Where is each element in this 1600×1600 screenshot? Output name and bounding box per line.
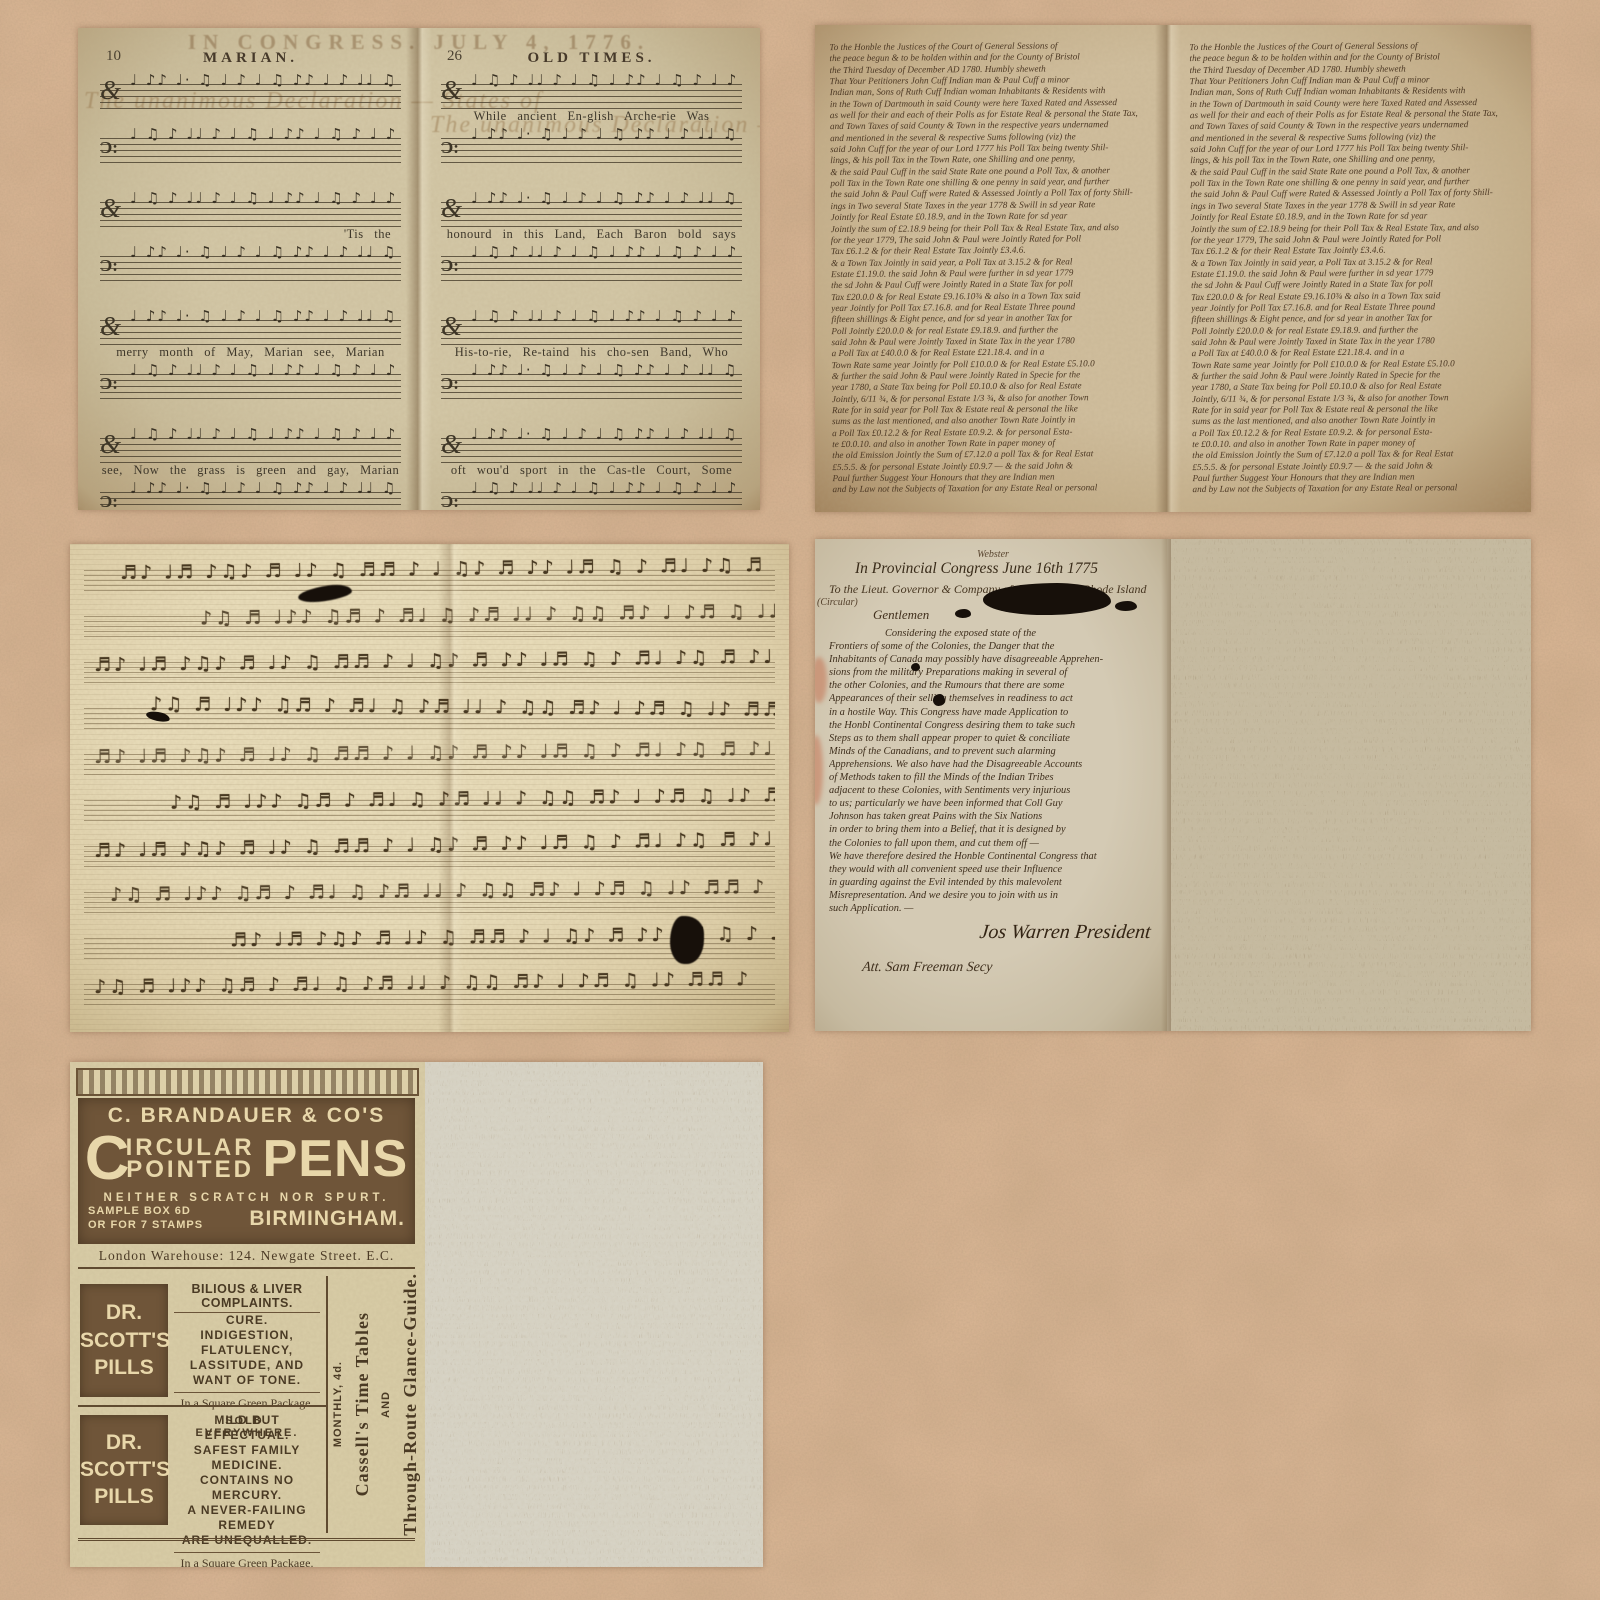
letter-line: the other Colonies, and the Rumours that… [829,679,1157,692]
music-notes-decoration: ♩ ♪♪ ♩· ♫ ♩ ♪ ♩ ♫ ♪♪ ♩ ♪ ♩♩ ♫ ♩ ♪ ♫ ♩ [471,125,740,143]
music-notes-decoration: ♩ ♫ ♪ ♩♩ ♪ ♩ ♫ ♩ ♪♪ ♩ ♫ ♪ ♩ ♪ ♩♩ ♫ ♪ [471,479,740,497]
bass-clef-icon: Ɔ: [100,139,118,156]
pills-box-line: PILLS [80,1483,168,1510]
dense-handwriting-page [425,1062,763,1567]
petition-line: Jointly the sum of £2.18.9 being for the… [1191,221,1507,235]
music-notes-decoration: ♩ ♫ ♪ ♩♩ ♪ ♩ ♫ ♩ ♪♪ ♩ ♫ ♪ ♩ ♪ ♩♩ ♫ ♪ [471,307,740,325]
cure-line: LASSITUDE, AND [174,1358,320,1373]
music-system: &♩ ♪♪ ♩· ♫ ♩ ♪ ♩ ♫ ♪♪ ♩ ♪ ♩♩ ♫ ♩ ♪ ♫ ♩ h… [437,202,746,306]
music-notes-decoration: ♩ ♪♪ ♩· ♫ ♩ ♪ ♩ ♫ ♪♪ ♩ ♪ ♩♩ ♫ ♩ ♪ ♫ ♩ [471,425,740,443]
letter-body: Considering the exposed state of theFron… [829,625,1157,915]
pills-box-line: DR. [80,1299,168,1326]
music-manuscript: ♬♪ ♩♬ ♪♫♪ ♬ ♩♪ ♫ ♬♬ ♪ ♩ ♫♪ ♬ ♪♪ ♩♬ ♫ ♪ ♬… [70,544,789,1032]
music-notes-decoration: ♩ ♫ ♪ ♩♩ ♪ ♩ ♫ ♩ ♪♪ ♩ ♫ ♪ ♩ ♪ ♩♩ ♫ ♪ [471,71,740,89]
sample-box-line: SAMPLE BOX 6D [88,1205,191,1217]
letter-line: Misrepresentation. And we desire you to … [829,889,1157,902]
music-notes-decoration: ♩ ♫ ♪ ♩♩ ♪ ♩ ♫ ♩ ♪♪ ♩ ♫ ♪ ♩ ♪ ♩♩ ♫ ♪ [130,189,399,207]
vertical-sidebar: MONTHLY, 4d. Cassell's Time Tables AND T… [328,1276,425,1533]
advert-page: C. BRANDAUER & CO'S C IRCULAR POINTED PE… [70,1062,763,1567]
secretary-signature: Att. Sam Freeman Secy [827,944,1158,976]
music-system: &♩ ♫ ♪ ♩♩ ♪ ♩ ♫ ♩ ♪♪ ♩ ♫ ♪ ♩ ♪ ♩♩ ♫ ♪ Wh… [437,84,746,188]
pills-box-line: SCOTT'S [80,1456,168,1483]
ink-blot [911,663,920,671]
letter-line: Considering the exposed state of the [829,627,1157,640]
lyric-line: His-to-rie, Re-taind his cho-sen Band, W… [437,345,746,360]
music-system: &♩ ♪♪ ♩· ♫ ♩ ♪ ♩ ♫ ♪♪ ♩ ♪ ♩♩ ♫ ♩ ♪ ♫ ♩ Ɔ… [96,84,405,188]
music-notes-decoration: ♩ ♫ ♪ ♩♩ ♪ ♩ ♫ ♩ ♪♪ ♩ ♫ ♪ ♩ ♪ ♩♩ ♫ ♪ [130,361,399,379]
petition-line: and by Law not the Subjects of Taxation … [832,482,1148,496]
treble-clef-icon: & [441,195,462,222]
letter-line: Frontiers of some of the Colonies, the D… [829,640,1157,653]
cure-line: CURE. [174,1313,320,1328]
sheet-music-spread: IN CONGRESS. JULY 4, 1776. The unanimous… [78,28,760,510]
handwriting-texture [425,1062,763,1567]
letter-heading: In Provincial Congress June 16th 1775 [829,560,1157,578]
product-word-pointed: POINTED [126,1159,255,1182]
lyric-line: see, Now the grass is green and gay, Mar… [96,463,405,478]
letter-annotation: Webster [829,549,1157,560]
big-c-letter: C [85,1130,130,1189]
music-notes-decoration: ♩ ♫ ♪ ♩♩ ♪ ♩ ♫ ♩ ♪♪ ♩ ♫ ♪ ♩ ♪ ♩♩ ♫ ♪ [130,425,399,443]
petition-line: and Town Taxes of said County & Town in … [830,119,1146,133]
ink-blot [670,916,704,964]
letter-line: they would with all convenient speed use… [829,863,1157,876]
ink-blot [983,583,1111,615]
pills-advert-row: DR.SCOTT'SPILLS MILD BUT EFFECTUAL.SAFES… [78,1405,326,1534]
letter-line: Appearances of their selling themselves … [829,692,1157,705]
lyric-line: oft wou'd sport in the Cas-tle Court, So… [437,463,746,478]
petition-document: To the Honble the Justices of the Court … [815,25,1531,512]
pens-advert-box: C. BRANDAUER & CO'S C IRCULAR POINTED PE… [78,1098,415,1244]
dense-handwriting-page [1171,539,1531,1031]
music-notes-decoration: ♩ ♪♪ ♩· ♫ ♩ ♪ ♩ ♫ ♪♪ ♩ ♪ ♩♩ ♫ ♩ ♪ ♫ ♩ [471,361,740,379]
city-name: BIRMINGHAM. [249,1207,405,1231]
sheet-music-page-left: 10 MARIAN. &♩ ♪♪ ♩· ♫ ♩ ♪ ♩ ♫ ♪♪ ♩ ♪ ♩♩ … [78,28,419,510]
warehouse-address: London Warehouse: 124. Newgate Street. E… [78,1248,415,1269]
letter-line: in guarding against the Evil intended by… [829,876,1157,889]
music-notes-decoration: ♩ ♪♪ ♩· ♫ ♩ ♪ ♩ ♫ ♪♪ ♩ ♪ ♩♩ ♫ ♩ ♪ ♫ ♩ [130,479,399,497]
double-rule [78,1538,415,1541]
lyric-line: honourd in this Land, Each Baron bold sa… [437,227,746,242]
mild-line: A NEVER-FAILING REMEDY [174,1503,320,1533]
petition-column-right: To the Honble the Justices of the Court … [1173,40,1514,507]
decorative-border-band [76,1068,419,1096]
letter-line: in a hostile Way. This Congress have mad… [829,706,1157,719]
petition-line: and Town Taxes of said County & Town in … [1190,119,1506,133]
ink-blot [933,694,945,706]
treble-clef-icon: & [441,77,462,104]
mild-line: CONTAINS NO MERCURY. [174,1473,320,1503]
lyric-line: While ancient En-glish Arche-rie Was [437,109,746,124]
treble-clef-icon: & [100,431,121,458]
cassells-title: Cassell's Time Tables [352,1312,373,1496]
treble-clef-icon: & [100,313,121,340]
dr-scotts-pills-box: DR.SCOTT'SPILLS [80,1415,168,1526]
letter-line: to us; particularly we have been informe… [829,797,1157,810]
red-ink-smudge [815,735,823,805]
letter-line: We have therefore desired the Honble Con… [829,850,1157,863]
letter-line: Minds of the Canadians, and to prevent s… [829,745,1157,758]
bass-clef-icon: Ɔ: [441,257,459,274]
product-word-pens: PENS [263,1135,409,1184]
letter-line: such Application. — [829,902,1157,915]
faint-script-band [70,1543,87,1567]
mild-line: MILD BUT EFFECTUAL. [174,1413,320,1443]
vintage-paper-collage: IN CONGRESS. JULY 4, 1776. The unanimous… [0,0,1600,1600]
monthly-price: MONTHLY, 4d. [332,1361,344,1447]
bass-clef-icon: Ɔ: [441,493,459,510]
lyric-line: merry month of May, Marian see, Marian [96,345,405,360]
complaints-header: BILIOUS & LIVER COMPLAINTS. [174,1282,320,1313]
advert-tagline: NEITHER SCRATCH NOR SPURT. [78,1192,415,1204]
pills-advert-section: DR.SCOTT'SPILLS BILIOUS & LIVER COMPLAIN… [78,1276,328,1533]
music-notes-decoration: ♩ ♪♪ ♩· ♫ ♩ ♪ ♩ ♫ ♪♪ ♩ ♪ ♩♩ ♫ ♩ ♪ ♫ ♩ [130,307,399,325]
petition-line: the said John & Paul Cuff were Rated & A… [830,187,1146,201]
music-notes-decoration: ♩ ♪♪ ♩· ♫ ♩ ♪ ♩ ♫ ♪♪ ♩ ♪ ♩♩ ♫ ♩ ♪ ♫ ♩ [130,71,399,89]
red-ink-smudge [815,657,827,703]
bass-clef-icon: Ɔ: [100,257,118,274]
mild-line: SAFEST FAMILY MEDICINE. [174,1443,320,1473]
pills-box-line: PILLS [80,1354,168,1381]
cure-line: FLATULENCY, [174,1343,320,1358]
letter-line: Apprehensions. We also have had the Disa… [829,758,1157,771]
sheet-music-page-right: 26 OLD TIMES. &♩ ♫ ♪ ♩♩ ♪ ♩ ♫ ♩ ♪♪ ♩ ♫ ♪… [419,28,760,510]
page-fold [438,544,464,1032]
petition-line: the said John & Paul Cuff were Rated & A… [1190,187,1506,201]
music-notes-decoration: ♩ ♫ ♪ ♩♩ ♪ ♩ ♫ ♩ ♪♪ ♩ ♫ ♪ ♩ ♪ ♩♩ ♫ ♪ [471,243,740,261]
pills-box-line: DR. [80,1429,168,1456]
lyric-line [96,109,405,124]
signature: Jos Warren President [827,915,1158,944]
letter-line: the Honbl Continental Congress desiring … [829,719,1157,732]
letter-page: Webster In Provincial Congress June 16th… [815,539,1167,1031]
letter-line: in order to bring them into a Belief, th… [829,823,1157,836]
bass-clef-icon: Ɔ: [441,375,459,392]
treble-clef-icon: & [100,195,121,222]
music-system: &♩ ♫ ♪ ♩♩ ♪ ♩ ♫ ♩ ♪♪ ♩ ♫ ♪ ♩ ♪ ♩♩ ♫ ♪ Hi… [437,320,746,424]
treble-clef-icon: & [441,313,462,340]
music-system: &♩ ♫ ♪ ♩♩ ♪ ♩ ♫ ♩ ♪♪ ♩ ♫ ♪ ♩ ♪ ♩♩ ♫ ♪ 'T… [96,202,405,306]
bass-clef-icon: Ɔ: [100,375,118,392]
music-notes-decoration: ♩ ♪♪ ♩· ♫ ♩ ♪ ♩ ♫ ♪♪ ♩ ♪ ♩♩ ♫ ♩ ♪ ♫ ♩ [471,189,740,207]
pills-box-line: SCOTT'S [80,1327,168,1354]
pills-advert-row: DR.SCOTT'SPILLS BILIOUS & LIVER COMPLAIN… [78,1276,326,1405]
letter-line: Johnson has taken great Pains with the S… [829,810,1157,823]
petition-column-left: To the Honble the Justices of the Court … [815,40,1155,507]
petition-line: Jointly the sum of £2.18.9 being for the… [831,221,1147,235]
bass-clef-icon: Ɔ: [100,493,118,510]
music-notes-decoration: ♩ ♫ ♪ ♩♩ ♪ ♩ ♫ ♩ ♪♪ ♩ ♫ ♪ ♩ ♪ ♩♩ ♫ ♪ [130,125,399,143]
letter-line: Steps as to them shall appear proper to … [829,732,1157,745]
letter-line: sions from the military Preparations mak… [829,666,1157,679]
cure-line: WANT OF TONE. [174,1373,320,1388]
music-system: &♩ ♪♪ ♩· ♫ ♩ ♪ ♩ ♫ ♪♪ ♩ ♪ ♩♩ ♫ ♩ ♪ ♫ ♩ o… [437,438,746,510]
lyric-line: 'Tis the [96,227,405,242]
treble-clef-icon: & [441,431,462,458]
letter-line: adjacent to these Colonies, with Sentime… [829,784,1157,797]
petition-line: and by Law not the Subjects of Taxation … [1192,482,1508,496]
and-word: AND [380,1391,392,1418]
handwriting-texture [1171,539,1531,1031]
letter-line: the Colonies to fall upon them, and cut … [829,837,1157,850]
cure-line: INDIGESTION, [174,1328,320,1343]
bass-clef-icon: Ɔ: [441,139,459,156]
letter-margin-note: (Circular) [817,597,858,608]
music-system: &♩ ♫ ♪ ♩♩ ♪ ♩ ♫ ♩ ♪♪ ♩ ♫ ♪ ♩ ♪ ♩♩ ♫ ♪ se… [96,438,405,510]
package-note: In a Square Green Package. [174,1552,320,1568]
music-notes-decoration: ♩ ♪♪ ♩· ♫ ♩ ♪ ♩ ♫ ♪♪ ♩ ♪ ♩♩ ♫ ♩ ♪ ♫ ♩ [130,243,399,261]
letter-line: Inhabitants of Canada may possibly have … [829,653,1157,666]
treble-clef-icon: & [100,77,121,104]
advert-column: C. BRANDAUER & CO'S C IRCULAR POINTED PE… [70,1062,425,1567]
ink-blot [955,609,971,618]
music-system: &♩ ♪♪ ♩· ♫ ♩ ♪ ♩ ♫ ♪♪ ♩ ♪ ♩♩ ♫ ♩ ♪ ♫ ♩ m… [96,320,405,424]
sample-box-line: OR FOR 7 STAMPS [88,1219,203,1231]
ink-blot [1115,601,1137,611]
song-title: MARIAN. [96,50,405,67]
dr-scotts-pills-box: DR.SCOTT'SPILLS [80,1284,168,1397]
glance-guide-title: Through-Route Glance-Guide. [400,1273,421,1536]
song-title: OLD TIMES. [437,50,746,67]
congress-letter: Webster In Provincial Congress June 16th… [815,539,1531,1031]
letter-line: of Methods taken to fill the Minds of th… [829,771,1157,784]
